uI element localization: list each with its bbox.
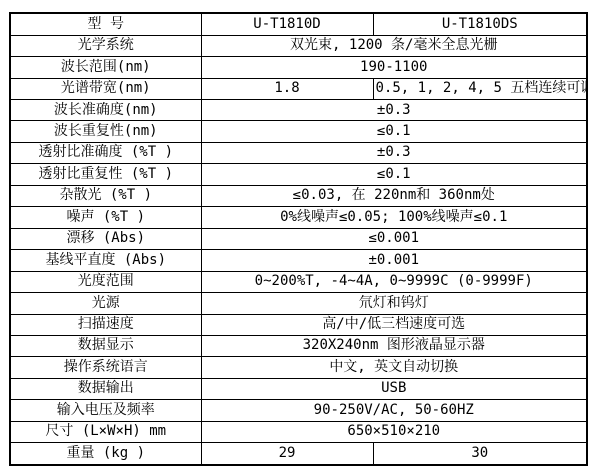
spec-value-cell: 氘灯和钨灯 <box>201 293 587 314</box>
spec-row: 光谱带宽(nm)1.80.5, 1, 2, 4, 5 五档连续可调 <box>10 78 587 99</box>
spec-table-body: 型 号U-T1810DU-T1810DS光学系统双光束, 1200 条/毫米全息… <box>10 13 587 465</box>
spec-label-cell: 透射比准确度 (%T ) <box>10 142 201 163</box>
spec-label-cell: 光度范围 <box>10 271 201 292</box>
spec-label-cell: 数据输出 <box>10 378 201 399</box>
spec-label-cell: 型 号 <box>10 13 201 35</box>
spec-label-cell: 波长准确度(nm) <box>10 99 201 120</box>
spec-label-cell: 输入电压及频率 <box>10 400 201 421</box>
spec-value-cell: 0~200%T, -4~4A, 0~9999C (0-9999F) <box>201 271 587 292</box>
spec-row: 透射比准确度 (%T )±0.3 <box>10 142 587 163</box>
spec-value-cell: 0.5, 1, 2, 4, 5 五档连续可调 <box>373 78 587 99</box>
spec-value-cell: 1.8 <box>201 78 373 99</box>
spec-label-cell: 波长范围(nm) <box>10 57 201 78</box>
spec-value-cell: U-T1810DS <box>373 13 587 35</box>
spec-label-cell: 光学系统 <box>10 35 201 56</box>
spec-label-cell: 透射比重复性 (%T ) <box>10 164 201 185</box>
spec-value-cell: 190-1100 <box>201 57 587 78</box>
spec-row: 重量 (kg )2930 <box>10 443 587 465</box>
spec-label-cell: 数据显示 <box>10 335 201 356</box>
spec-row: 输入电压及频率90-250V/AC, 50-60HZ <box>10 400 587 421</box>
spec-value-cell: ≤0.1 <box>201 121 587 142</box>
spec-label-cell: 基线平直度 (Abs) <box>10 250 201 271</box>
spec-table: 型 号U-T1810DU-T1810DS光学系统双光束, 1200 条/毫米全息… <box>9 12 588 466</box>
spec-row: 光学系统双光束, 1200 条/毫米全息光栅 <box>10 35 587 56</box>
spec-value-cell: 90-250V/AC, 50-60HZ <box>201 400 587 421</box>
spec-label-cell: 扫描速度 <box>10 314 201 335</box>
spec-value-cell: 高/中/低三档速度可选 <box>201 314 587 335</box>
spec-value-cell: 中文, 英文自动切换 <box>201 357 587 378</box>
spec-row: 数据输出USB <box>10 378 587 399</box>
spec-value-cell: U-T1810D <box>201 13 373 35</box>
spec-row: 噪声 (%T )0%线噪声≤0.05; 100%线噪声≤0.1 <box>10 207 587 228</box>
spec-label-cell: 光谱带宽(nm) <box>10 78 201 99</box>
spec-row: 基线平直度 (Abs)±0.001 <box>10 250 587 271</box>
spec-value-cell: 30 <box>373 443 587 465</box>
spec-row: 波长重复性(nm)≤0.1 <box>10 121 587 142</box>
spec-label-cell: 漂移 (Abs) <box>10 228 201 249</box>
spec-value-cell: 320X240nm 图形液晶显示器 <box>201 335 587 356</box>
spec-row: 透射比重复性 (%T )≤0.1 <box>10 164 587 185</box>
spec-row: 尺寸 (L×W×H) mm650×510×210 <box>10 421 587 442</box>
spec-value-cell: ≤0.001 <box>201 228 587 249</box>
spec-label-cell: 尺寸 (L×W×H) mm <box>10 421 201 442</box>
spec-row: 数据显示320X240nm 图形液晶显示器 <box>10 335 587 356</box>
spec-row: 波长范围(nm)190-1100 <box>10 57 587 78</box>
spec-row: 操作系统语言中文, 英文自动切换 <box>10 357 587 378</box>
spec-value-cell: ±0.001 <box>201 250 587 271</box>
spec-value-cell: 29 <box>201 443 373 465</box>
spec-row: 光源氘灯和钨灯 <box>10 293 587 314</box>
spec-value-cell: ≤0.03, 在 220nm和 360nm处 <box>201 185 587 206</box>
spec-label-cell: 操作系统语言 <box>10 357 201 378</box>
spec-value-cell: 0%线噪声≤0.05; 100%线噪声≤0.1 <box>201 207 587 228</box>
spec-row: 杂散光 (%T )≤0.03, 在 220nm和 360nm处 <box>10 185 587 206</box>
spec-label-cell: 噪声 (%T ) <box>10 207 201 228</box>
page: 型 号U-T1810DU-T1810DS光学系统双光束, 1200 条/毫米全息… <box>0 0 593 472</box>
spec-row: 漂移 (Abs)≤0.001 <box>10 228 587 249</box>
spec-value-cell: ≤0.1 <box>201 164 587 185</box>
spec-value-cell: ±0.3 <box>201 142 587 163</box>
spec-row: 波长准确度(nm)±0.3 <box>10 99 587 120</box>
spec-row: 型 号U-T1810DU-T1810DS <box>10 13 587 35</box>
spec-value-cell: USB <box>201 378 587 399</box>
spec-label-cell: 重量 (kg ) <box>10 443 201 465</box>
spec-row: 扫描速度高/中/低三档速度可选 <box>10 314 587 335</box>
spec-value-cell: 650×510×210 <box>201 421 587 442</box>
spec-label-cell: 杂散光 (%T ) <box>10 185 201 206</box>
spec-value-cell: 双光束, 1200 条/毫米全息光栅 <box>201 35 587 56</box>
spec-label-cell: 光源 <box>10 293 201 314</box>
spec-value-cell: ±0.3 <box>201 99 587 120</box>
spec-label-cell: 波长重复性(nm) <box>10 121 201 142</box>
spec-row: 光度范围0~200%T, -4~4A, 0~9999C (0-9999F) <box>10 271 587 292</box>
